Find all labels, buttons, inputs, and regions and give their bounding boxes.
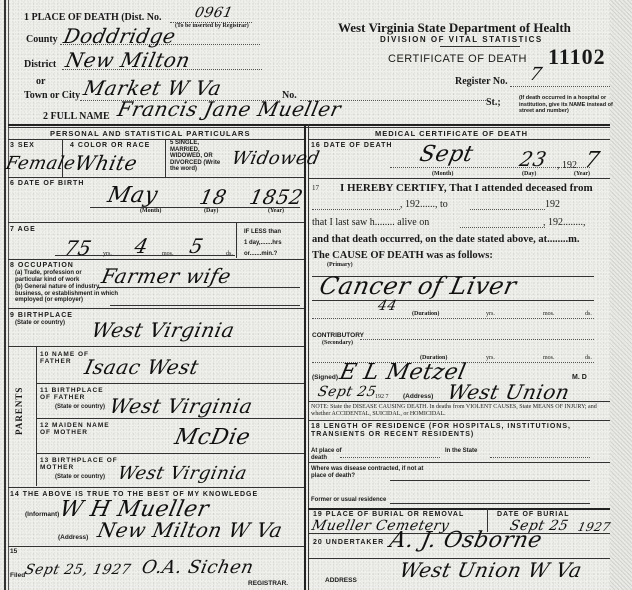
- dod-month: Sept: [417, 142, 475, 167]
- cause-label: The CAUSE OF DEATH was as follows:: [312, 250, 493, 261]
- district-value: New Milton: [63, 48, 192, 72]
- dob-day: 18: [197, 185, 229, 209]
- left-border: [4, 0, 6, 590]
- dist-no-value: 0961: [193, 5, 234, 21]
- filed-date: Sept 25, 1927: [23, 562, 132, 578]
- note-text: NOTE: State the DISEASE CAUSING DEATH. I…: [311, 404, 606, 418]
- register-value: 7: [528, 64, 544, 85]
- place-of-death-label: 1 PLACE OF DEATH (Dist. No.: [24, 12, 162, 23]
- district-label: District: [24, 59, 56, 70]
- father-birthplace-value: West Virginia: [107, 394, 254, 418]
- mother-label: 12 MAIDEN NAME OF MOTHER: [40, 422, 120, 436]
- marital-value: Widowed: [230, 148, 322, 169]
- age-years: 75: [62, 236, 94, 260]
- father-value: Isaac West: [82, 355, 201, 379]
- occupation-label: 8 OCCUPATION: [10, 262, 74, 269]
- burial-year-value: 1927: [577, 520, 613, 534]
- burial-date-label: DATE OF BURIAL: [497, 511, 570, 518]
- sex-value: Female: [4, 153, 78, 174]
- st-label: St.;: [486, 97, 501, 108]
- dist-note: (To be inserted by Registrar): [175, 23, 249, 29]
- scan-edge-noise: [610, 0, 632, 590]
- residence-label: 18 LENGTH OF RESIDENCE (FOR HOSPITALS, I…: [311, 423, 606, 439]
- full-name-value: Francis Jane Mueller: [115, 97, 343, 121]
- physician-signature: E L Metzel: [337, 360, 468, 385]
- father-birthplace-label: 11 BIRTHPLACE OF FATHER: [40, 387, 112, 401]
- register-label: Register No.: [455, 76, 508, 87]
- race-value: White: [72, 151, 139, 175]
- dob-label: 6 DATE OF BIRTH: [10, 180, 84, 187]
- undertaker-value: A. J. Osborne: [387, 528, 544, 553]
- informant-address-value: New Milton W Va: [95, 518, 284, 542]
- dod-day: 23: [517, 147, 549, 171]
- parents-side-label: PARENTS: [14, 387, 24, 435]
- mother-birthplace-value: West Virginia: [116, 463, 249, 484]
- age-label: 7 AGE: [10, 226, 36, 233]
- dob-month: May: [105, 183, 160, 208]
- or-label: or: [36, 76, 45, 87]
- dob-year: 1852: [247, 185, 305, 209]
- title-rule: [440, 46, 520, 47]
- burial-place-label: 19 PLACE OF BURIAL OR REMOVAL: [313, 511, 464, 518]
- undertaker-address-value: West Union W Va: [397, 558, 584, 582]
- county-label: County: [26, 34, 58, 45]
- agency-title: West Virginia State Department of Health: [338, 20, 571, 36]
- town-label: Town or City: [24, 90, 80, 101]
- mother-value: McDie: [172, 425, 252, 450]
- sex-label: 3 SEX: [10, 142, 35, 149]
- personal-section-title: PERSONAL AND STATISTICAL PARTICULARS: [50, 129, 250, 138]
- mother-birthplace-label: 13 BIRTHPLACE OF MOTHER: [40, 457, 120, 471]
- signed-date: Sept 25: [316, 384, 378, 400]
- registrar-signature: O.A. Sichen: [140, 557, 256, 578]
- dod-year: 7: [582, 148, 602, 173]
- medical-section-title: MEDICAL CERTIFICATE OF DEATH: [375, 129, 528, 138]
- cause-value: Cancer of Liver: [317, 272, 519, 300]
- full-name-label: 2 FULL NAME: [43, 111, 110, 122]
- marital-label: 5 SINGLE, MARRIED, WIDOWED, OR DIVORCED …: [170, 140, 230, 173]
- certify-text: I HEREBY CERTIFY, That I attended deceas…: [340, 182, 593, 194]
- hospital-note: (If death occurred in a hospital or inst…: [519, 95, 614, 115]
- date-of-death-label: 16 DATE OF DEATH: [311, 142, 392, 149]
- division-title: DIVISION OF VITAL STATISTICS: [380, 35, 543, 44]
- occupation-value: Farmer wife: [99, 264, 233, 288]
- certificate-number: 11102: [548, 44, 606, 70]
- birthplace-label: 9 BIRTHPLACE: [10, 312, 73, 319]
- center-divider: [304, 124, 306, 590]
- form-title: CERTIFICATE OF DEATH: [388, 53, 527, 65]
- death-certificate: West Virginia State Department of Health…: [0, 0, 632, 590]
- undertaker-label: 20 UNDERTAKER: [313, 539, 384, 546]
- birthplace-value: West Virginia: [89, 318, 236, 342]
- race-label: 4 COLOR OR RACE: [70, 142, 150, 149]
- county-value: Doddridge: [61, 24, 178, 48]
- left-border-inner: [8, 0, 9, 590]
- primary-duration: 44: [376, 298, 398, 314]
- contributory-label: CONTRIBUTORY: [312, 333, 364, 340]
